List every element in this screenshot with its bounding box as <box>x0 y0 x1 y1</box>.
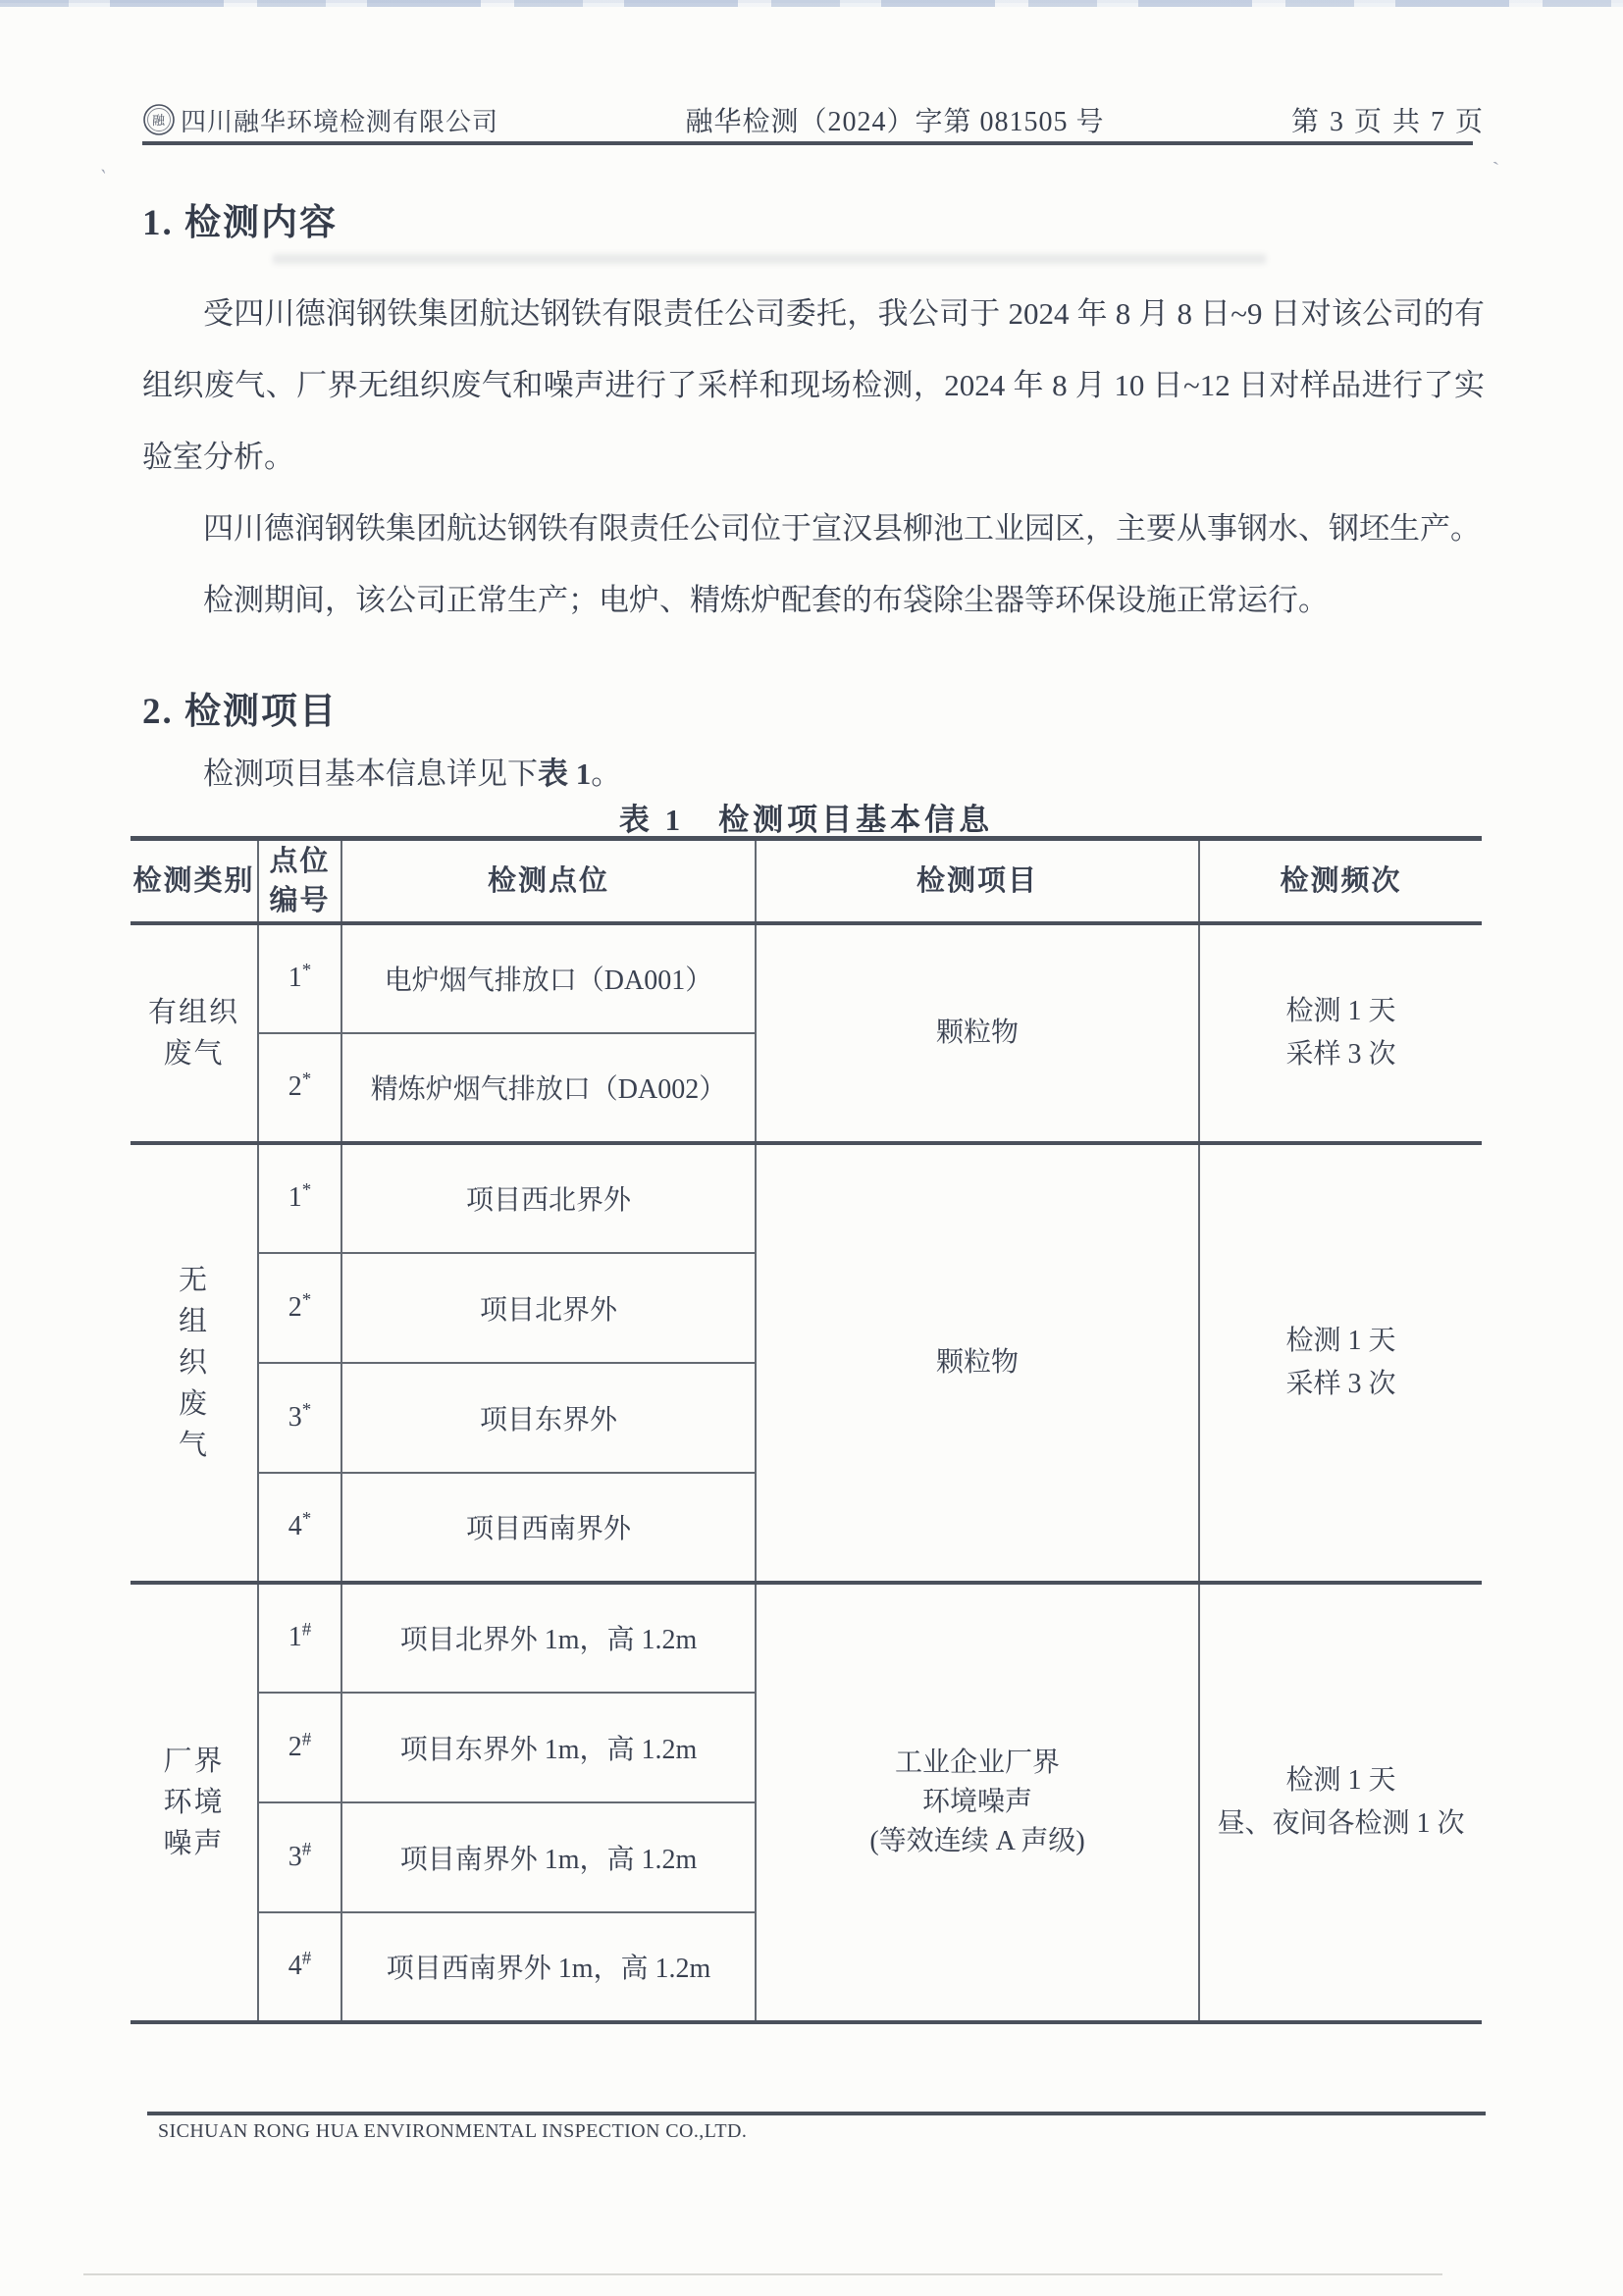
table-header-row: 检测类别 点位 编号 检测点位 检测项目 检测频次 <box>131 839 1482 923</box>
scan-speck: ` <box>1492 157 1503 183</box>
footer-company-en: SICHUAN RONG HUA ENVIRONMENTAL INSPECTIO… <box>158 2120 747 2143</box>
point-cell: 项目西北界外 <box>341 1143 756 1253</box>
scan-speck: ` <box>95 164 109 190</box>
section-1-body: 受四川德润钢铁集团航达钢铁有限责任公司委托，我公司于 2024 年 8 月 8 … <box>142 278 1485 636</box>
category-cell: 厂界 环境 噪声 <box>131 1583 258 2022</box>
footer-divider <box>147 2112 1486 2115</box>
point-cell: 电炉烟气排放口（DA001） <box>341 923 756 1033</box>
point-no-cell: 1* <box>258 1143 341 1253</box>
point-no-cell: 1# <box>258 1583 341 1693</box>
page-header: 融 四川融华环境检测有限公司 融华检测（2024）字第 081505 号 第 3… <box>142 100 1485 139</box>
point-cell: 项目北界外 <box>341 1253 756 1363</box>
report-number: 融华检测（2024）字第 081505 号 <box>685 100 1104 139</box>
frequency-cell: 检测 1 天 昼、夜间各检测 1 次 <box>1199 1583 1482 2022</box>
point-cell: 项目北界外 1m，高 1.2m <box>341 1583 756 1693</box>
scan-artifact-strip <box>0 0 1623 7</box>
item-cell: 工业企业厂界 环境噪声 (等效连续 A 声级) <box>756 1583 1199 2022</box>
scan-ghost-smudge <box>273 254 1266 264</box>
frequency-cell: 检测 1 天 采样 3 次 <box>1199 1143 1482 1583</box>
svg-text:融: 融 <box>152 113 166 128</box>
monitoring-items-table: 检测类别 点位 编号 检测点位 检测项目 检测频次 有组织 废气 1* 电炉烟气… <box>131 836 1482 2024</box>
header-divider <box>142 141 1473 145</box>
col-header-frequency: 检测频次 <box>1199 839 1482 923</box>
scan-artifact-strip <box>0 0 1623 3</box>
category-cell: 无 组 织 废 气 <box>131 1143 258 1583</box>
table-row: 厂界 环境 噪声 1# 项目北界外 1m，高 1.2m 工业企业厂界 环境噪声 … <box>131 1583 1482 1693</box>
item-cell: 颗粒物 <box>756 923 1199 1143</box>
point-no-cell: 2# <box>258 1693 341 1802</box>
item-cell: 颗粒物 <box>756 1143 1199 1583</box>
point-cell: 精炼炉烟气排放口（DA002） <box>341 1033 756 1143</box>
header-company: 融 四川融华环境检测有限公司 <box>142 102 498 138</box>
point-no-cell: 2* <box>258 1033 341 1143</box>
table-row: 有组织 废气 1* 电炉烟气排放口（DA001） 颗粒物 检测 1 天 采样 3… <box>131 923 1482 1033</box>
point-cell: 项目东界外 <box>341 1363 756 1473</box>
table-row: 无 组 织 废 气 1* 项目西北界外 颗粒物 检测 1 天 采样 3 次 <box>131 1143 1482 1253</box>
paragraph-location: 四川德润钢铁集团航达钢铁有限责任公司位于宣汉县柳池工业园区，主要从事钢水、钢坯生… <box>142 493 1485 564</box>
company-seal-icon: 融 <box>142 103 176 136</box>
scan-artifact-streak <box>83 2273 1442 2275</box>
frequency-cell: 检测 1 天 采样 3 次 <box>1199 923 1482 1143</box>
category-cell: 有组织 废气 <box>131 923 258 1143</box>
page-indicator: 第 3 页 共 7 页 <box>1291 100 1485 139</box>
paragraph-commission: 受四川德润钢铁集团航达钢铁有限责任公司委托，我公司于 2024 年 8 月 8 … <box>142 278 1485 493</box>
point-cell: 项目西南界外 <box>341 1473 756 1583</box>
table-intro-line: 检测项目基本信息详见下表 1。 <box>142 752 1485 797</box>
point-no-cell: 2* <box>258 1253 341 1363</box>
col-header-point-no: 点位 编号 <box>258 839 341 923</box>
col-header-item: 检测项目 <box>756 839 1199 923</box>
point-no-cell: 4* <box>258 1473 341 1583</box>
point-cell: 项目南界外 1m，高 1.2m <box>341 1802 756 1912</box>
paragraph-operation: 检测期间，该公司正常生产；电炉、精炼炉配套的布袋除尘器等环保设施正常运行。 <box>142 564 1485 636</box>
section-1-heading: 1. 检测内容 <box>142 202 338 245</box>
table-caption: 表 1 检测项目基本信息 <box>131 795 1482 839</box>
point-no-cell: 3# <box>258 1802 341 1912</box>
company-name: 四川融华环境检测有限公司 <box>181 102 498 138</box>
col-header-category: 检测类别 <box>131 839 258 923</box>
point-no-cell: 4# <box>258 1912 341 2022</box>
section-2-heading: 2. 检测项目 <box>142 691 338 734</box>
report-page: ` ` 融 四川融华环境检测有限公司 融华检测（2024）字第 081505 号… <box>0 0 1623 2296</box>
col-header-point: 检测点位 <box>341 839 756 923</box>
point-no-cell: 3* <box>258 1363 341 1473</box>
point-cell: 项目东界外 1m，高 1.2m <box>341 1693 756 1802</box>
point-no-cell: 1* <box>258 923 341 1033</box>
point-cell: 项目西南界外 1m，高 1.2m <box>341 1912 756 2022</box>
